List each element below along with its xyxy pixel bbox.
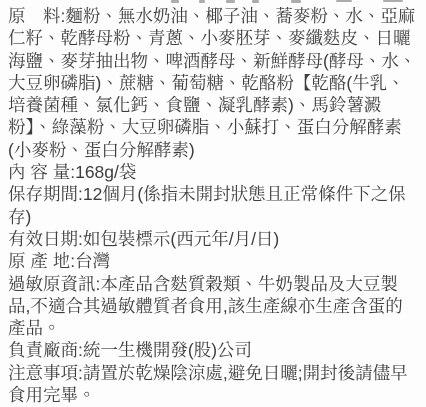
- field-expiry-date: 有效日期:如包裝標示(西元年/月/日): [8, 228, 420, 250]
- net-content-value: 168g/袋: [75, 162, 136, 182]
- notice-label: 注意事項:: [8, 363, 83, 383]
- allergen-info-label: 過敏原資訊:: [8, 274, 100, 294]
- field-manufacturer: 負責廠商:統一生機開發(股)公司: [8, 339, 420, 361]
- field-net-content: 內 容 量:168g/袋: [8, 161, 420, 183]
- field-notice: 注意事項:請置於乾燥陰涼處,避免日曬;開封後請儘早食用完畢。: [8, 362, 420, 407]
- product-info-page: 原 料:麵粉、無水奶油、椰子油、蕎麥粉、水、亞麻仁籽、乾酵母粉、青蔥、小麥胚芽、…: [0, 0, 426, 407]
- shelf-life-label: 保存期間:: [8, 184, 83, 204]
- origin-label: 原 產 地:: [8, 251, 75, 271]
- ingredients-value: 麵粉、無水奶油、椰子油、蕎麥粉、水、亞麻仁籽、乾酵母粉、青蔥、小麥胚芽、麥纖麩皮…: [8, 6, 416, 160]
- expiry-date-label: 有效日期:: [8, 229, 83, 249]
- ingredients-label: 原 料:: [8, 6, 65, 26]
- field-origin: 原 產 地:台灣: [8, 250, 420, 272]
- manufacturer-value: 統一生機開發(股)公司: [83, 340, 252, 360]
- field-ingredients: 原 料:麵粉、無水奶油、椰子油、蕎麥粉、水、亞麻仁籽、乾酵母粉、青蔥、小麥胚芽、…: [8, 5, 420, 161]
- origin-value: 台灣: [75, 251, 110, 271]
- manufacturer-label: 負責廠商:: [8, 340, 83, 360]
- product-label-text: 原 料:麵粉、無水奶油、椰子油、蕎麥粉、水、亞麻仁籽、乾酵母粉、青蔥、小麥胚芽、…: [0, 0, 426, 406]
- net-content-label: 內 容 量:: [8, 162, 75, 182]
- expiry-date-value: 如包裝標示(西元年/月/日): [83, 229, 279, 249]
- field-shelf-life: 保存期間:12個月(係指未開封狀態且正常條件下之保存): [8, 183, 420, 228]
- field-allergen-info: 過敏原資訊:本產品含麩質穀類、牛奶製品及大豆製品,不適合其過敏體質者食用,該生產…: [8, 273, 420, 340]
